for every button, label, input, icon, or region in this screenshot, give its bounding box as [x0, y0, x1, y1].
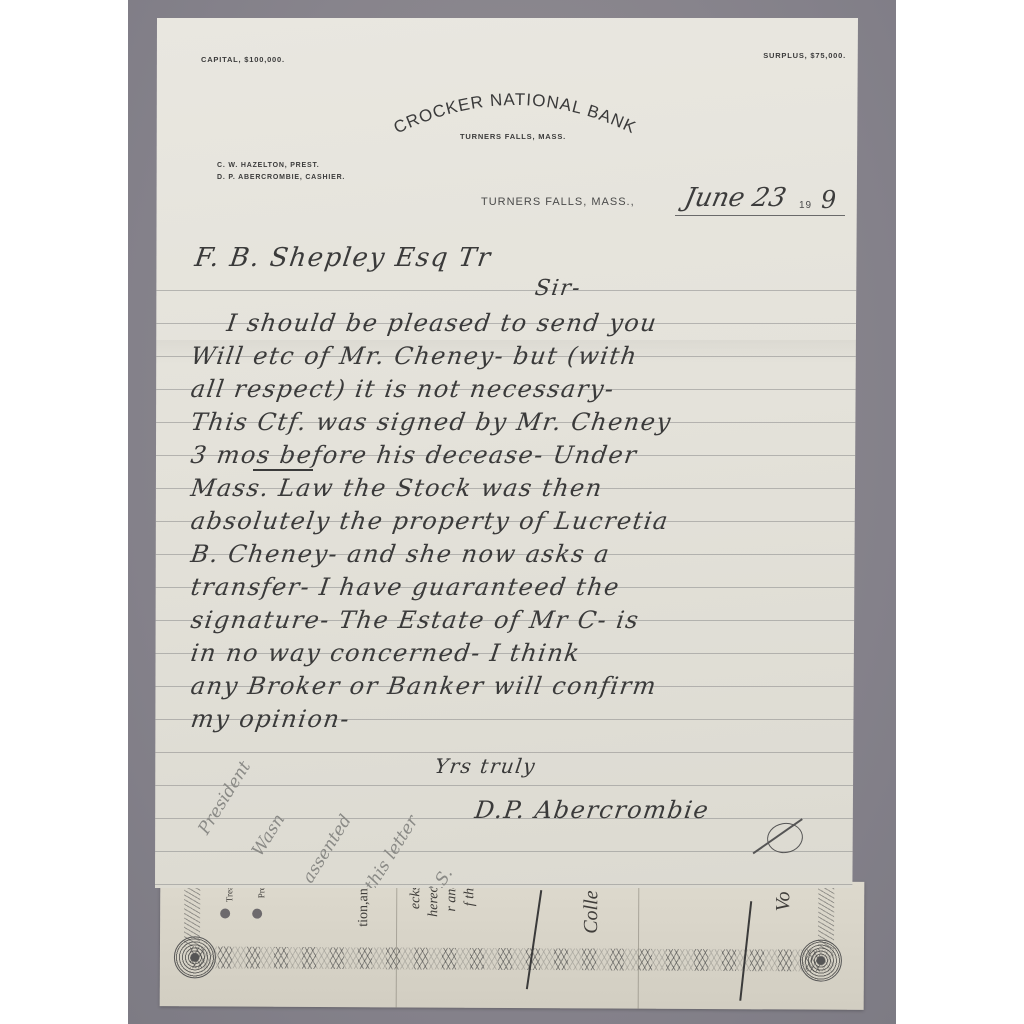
date-rule — [675, 215, 845, 216]
body-line: signature- The Estate of Mr C- is — [189, 606, 641, 634]
body-line: I should be pleased to send you — [225, 309, 659, 337]
body-line: B. Cheney- and she now asks a — [189, 540, 612, 568]
bank-city: TURNERS FALLS, MASS. — [460, 132, 566, 141]
body-line: in no way concerned- I think — [189, 639, 582, 667]
certificate-handwriting: Vo — [772, 891, 795, 911]
officer-cashier: D. P. ABERCROMBIE, CASHIER. — [217, 172, 345, 184]
punch-hole — [252, 909, 262, 919]
officer-president: C. W. HAZELTON, PREST. — [217, 160, 345, 172]
body-line: absolutely the property of Lucretia — [189, 507, 671, 535]
body-line: transfer- I have guaranteed the — [189, 573, 622, 601]
capital-label: CAPITAL, $100,000. — [201, 55, 285, 64]
svg-text:CROCKER NATIONAL BANK: CROCKER NATIONAL BANK — [391, 90, 640, 137]
certificate-text: tion,and — [356, 881, 372, 927]
signature: D.P. Abercrombie — [473, 796, 711, 824]
body-line: Mass. Law the Stock was then — [189, 474, 605, 502]
addressee: F. B. Shepley Esq Tr — [193, 243, 494, 273]
punch-hole — [220, 908, 230, 918]
rosette-ornament-icon — [174, 936, 216, 978]
underline-before — [253, 469, 313, 471]
certificate-fold — [396, 879, 398, 1007]
closing: Yrs truly — [433, 754, 537, 778]
salutation: Sir- — [533, 276, 583, 301]
letter-sheet: CAPITAL, $100,000. SURPLUS, $75,000. CRO… — [155, 18, 858, 888]
ink-stroke — [526, 890, 542, 989]
date-handwritten: June 23 — [682, 183, 789, 213]
year-prefix: 19 — [799, 200, 812, 211]
certificate-guilloche-border — [190, 946, 834, 971]
body-line: all respect) it is not necessary- — [189, 375, 616, 403]
officers-list: C. W. HAZELTON, PREST. D. P. ABERCROMBIE… — [217, 160, 345, 184]
rosette-ornament-icon — [800, 940, 842, 982]
body-line: 3 mos before his decease- Under — [189, 441, 639, 469]
place-line: TURNERS FALLS, MASS., — [481, 196, 635, 208]
certificate-fold — [638, 881, 640, 1009]
body-line: Will etc of Mr. Cheney- but (with — [189, 342, 640, 370]
certificate-handwriting: Colle — [580, 890, 603, 933]
body-line: any Broker or Banker will confirm — [189, 672, 659, 700]
year-handwritten: 9 — [821, 186, 836, 214]
body-line: This Ctf. was signed by Mr. Cheney — [189, 408, 674, 436]
stock-certificate: Treas Pres tion,and ecks. hereof r and f… — [160, 878, 865, 1010]
surplus-label: SURPLUS, $75,000. — [763, 51, 846, 60]
bank-name-text: CROCKER NATIONAL BANK — [391, 90, 640, 137]
